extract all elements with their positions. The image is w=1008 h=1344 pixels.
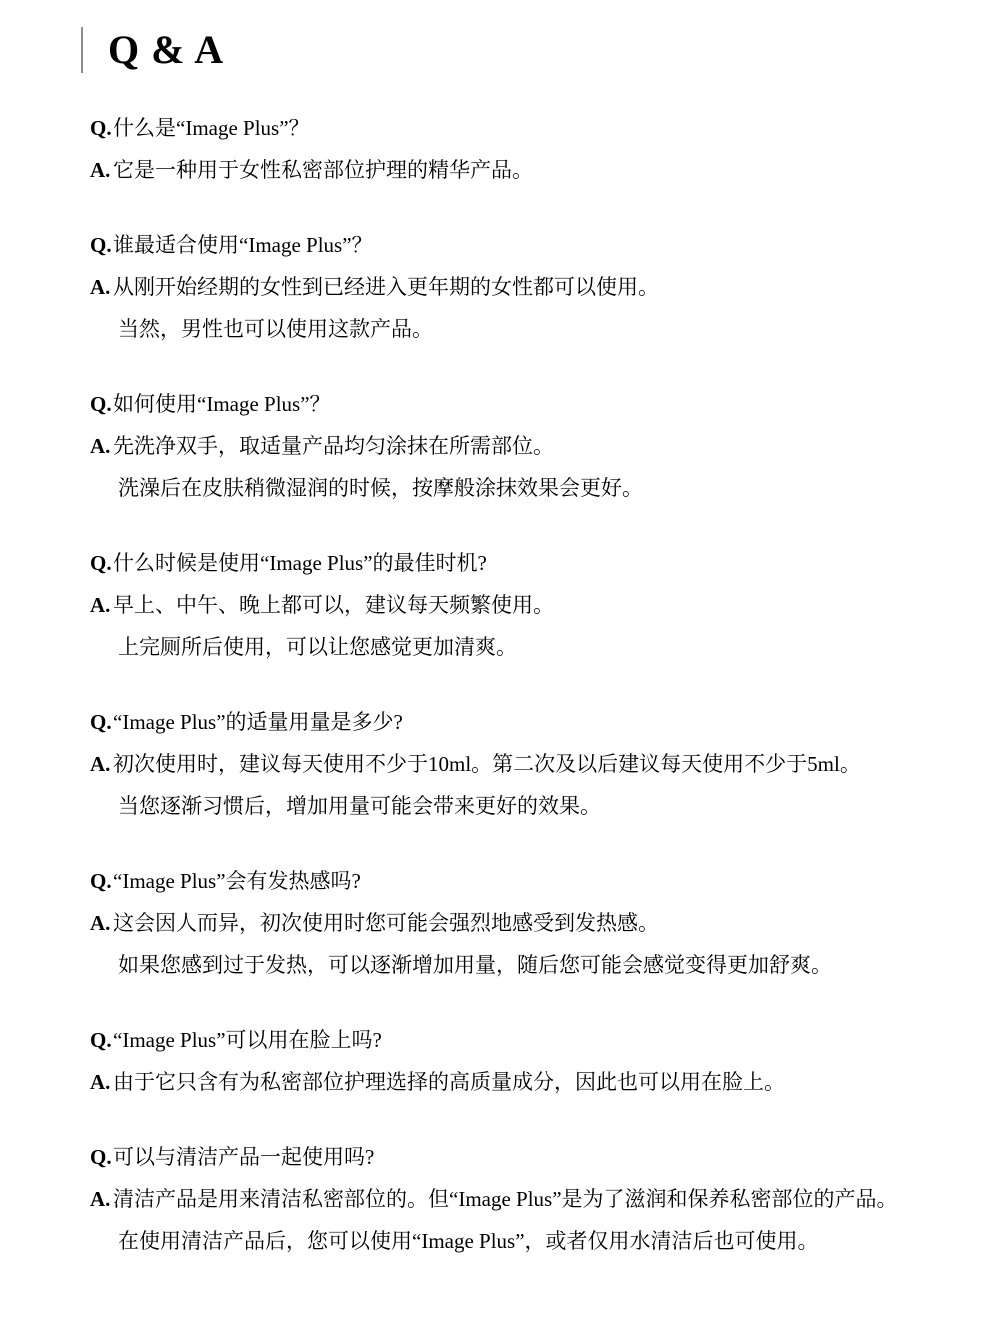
answer-line: A.清洁产品是用来清洁私密部位的。但“Image Plus”是为了滋润和保养私密… xyxy=(90,1178,1000,1220)
answer-text: 它是一种用于女性私密部位护理的精华产品。 xyxy=(113,158,533,182)
qa-item-5: Q.“Image Plus”的适量用量是多少? A.初次使用时，建议每天使用不少… xyxy=(90,701,1000,827)
qa-item-2: Q.谁最适合使用“Image Plus”？ A.从刚开始经期的女性到已经进入更年… xyxy=(90,224,1000,350)
question-line: Q.“Image Plus”会有发热感吗? xyxy=(90,860,1000,902)
question-text: “Image Plus”会有发热感吗? xyxy=(113,869,361,893)
answer-line: A.早上、中午、晚上都可以，建议每天频繁使用。 xyxy=(90,584,1000,626)
qa-item-6: Q.“Image Plus”会有发热感吗? A.这会因人而异，初次使用时您可能会… xyxy=(90,860,1000,986)
question-line: Q.什么时候是使用“Image Plus”的最佳时机? xyxy=(90,542,1000,584)
answer-text: 从刚开始经期的女性到已经进入更年期的女性都可以使用。 xyxy=(113,275,659,299)
answer-prefix: A. xyxy=(90,1061,113,1103)
question-line: Q.“Image Plus”的适量用量是多少? xyxy=(90,701,1000,743)
question-line: Q.可以与清洁产品一起使用吗? xyxy=(90,1136,1000,1178)
qa-item-8: Q.可以与清洁产品一起使用吗? A.清洁产品是用来清洁私密部位的。但“Image… xyxy=(90,1136,1000,1262)
page-title: Q & A xyxy=(108,27,224,73)
answer-line: A.初次使用时，建议每天使用不少于10ml。第二次及以后建议每天使用不少于5ml… xyxy=(90,743,1000,785)
answer-text: 上完厕所后使用，可以让您感觉更加清爽。 xyxy=(118,635,517,659)
question-prefix: Q. xyxy=(90,701,113,743)
question-line: Q.什么是“Image Plus”？ xyxy=(90,107,1000,149)
qa-page: Q & A Q.什么是“Image Plus”？ A.它是一种用于女性私密部位护… xyxy=(0,0,1008,1344)
qa-list: Q.什么是“Image Plus”？ A.它是一种用于女性私密部位护理的精华产品… xyxy=(90,107,1000,1295)
answer-text: 由于它只含有为私密部位护理选择的高质量成分，因此也可以用在脸上。 xyxy=(113,1070,785,1094)
answer-prefix: A. xyxy=(90,584,113,626)
answer-text: 当您逐渐习惯后，增加用量可能会带来更好的效果。 xyxy=(118,794,601,818)
question-prefix: Q. xyxy=(90,107,113,149)
question-prefix: Q. xyxy=(90,860,113,902)
answer-text: 先洗净双手，取适量产品均匀涂抹在所需部位。 xyxy=(113,434,554,458)
question-text: “Image Plus”可以用在脸上吗? xyxy=(113,1028,382,1052)
answer-line: A.从刚开始经期的女性到已经进入更年期的女性都可以使用。 xyxy=(90,266,1000,308)
answer-text: 洗澡后在皮肤稍微湿润的时候，按摩般涂抹效果会更好。 xyxy=(118,476,643,500)
page-header: Q & A xyxy=(81,27,224,73)
answer-text: 初次使用时，建议每天使用不少于10ml。第二次及以后建议每天使用不少于5ml。 xyxy=(113,752,861,776)
answer-line-continued: 当然，男性也可以使用这款产品。 xyxy=(90,308,1000,350)
question-prefix: Q. xyxy=(90,224,113,266)
qa-item-1: Q.什么是“Image Plus”？ A.它是一种用于女性私密部位护理的精华产品… xyxy=(90,107,1000,191)
question-prefix: Q. xyxy=(90,542,113,584)
answer-prefix: A. xyxy=(90,743,113,785)
answer-prefix: A. xyxy=(90,902,113,944)
question-prefix: Q. xyxy=(90,1019,113,1061)
question-text: 什么是“Image Plus”？ xyxy=(113,116,310,140)
answer-line: A.这会因人而异，初次使用时您可能会强烈地感受到发热感。 xyxy=(90,902,1000,944)
answer-prefix: A. xyxy=(90,266,113,308)
question-text: 谁最适合使用“Image Plus”？ xyxy=(113,233,373,257)
question-line: Q.“Image Plus”可以用在脸上吗? xyxy=(90,1019,1000,1061)
answer-line-continued: 如果您感到过于发热，可以逐渐增加用量，随后您可能会感觉变得更加舒爽。 xyxy=(90,944,1000,986)
answer-line: A.先洗净双手，取适量产品均匀涂抹在所需部位。 xyxy=(90,425,1000,467)
question-prefix: Q. xyxy=(90,1136,113,1178)
answer-text: 在使用清洁产品后，您可以使用“Image Plus”，或者仅用水清洁后也可使用。 xyxy=(118,1229,819,1253)
question-line: Q.谁最适合使用“Image Plus”？ xyxy=(90,224,1000,266)
answer-prefix: A. xyxy=(90,149,113,191)
answer-line-continued: 在使用清洁产品后，您可以使用“Image Plus”，或者仅用水清洁后也可使用。 xyxy=(90,1220,1000,1262)
answer-line-continued: 当您逐渐习惯后，增加用量可能会带来更好的效果。 xyxy=(90,785,1000,827)
question-text: 如何使用“Image Plus”？ xyxy=(113,392,331,416)
answer-line: A.由于它只含有为私密部位护理选择的高质量成分，因此也可以用在脸上。 xyxy=(90,1061,1000,1103)
answer-prefix: A. xyxy=(90,425,113,467)
qa-item-3: Q.如何使用“Image Plus”？ A.先洗净双手，取适量产品均匀涂抹在所需… xyxy=(90,383,1000,509)
answer-text: 早上、中午、晚上都可以，建议每天频繁使用。 xyxy=(113,593,554,617)
qa-item-7: Q.“Image Plus”可以用在脸上吗? A.由于它只含有为私密部位护理选择… xyxy=(90,1019,1000,1103)
answer-line: A.它是一种用于女性私密部位护理的精华产品。 xyxy=(90,149,1000,191)
answer-prefix: A. xyxy=(90,1178,113,1220)
question-line: Q.如何使用“Image Plus”？ xyxy=(90,383,1000,425)
question-prefix: Q. xyxy=(90,383,113,425)
question-text: “Image Plus”的适量用量是多少? xyxy=(113,710,403,734)
answer-line-continued: 洗澡后在皮肤稍微湿润的时候，按摩般涂抹效果会更好。 xyxy=(90,467,1000,509)
qa-item-4: Q.什么时候是使用“Image Plus”的最佳时机? A.早上、中午、晚上都可… xyxy=(90,542,1000,668)
answer-text: 如果您感到过于发热，可以逐渐增加用量，随后您可能会感觉变得更加舒爽。 xyxy=(118,953,832,977)
answer-text: 当然，男性也可以使用这款产品。 xyxy=(118,317,433,341)
title-accent-bar xyxy=(81,27,83,73)
question-text: 什么时候是使用“Image Plus”的最佳时机? xyxy=(113,551,487,575)
answer-text: 这会因人而异，初次使用时您可能会强烈地感受到发热感。 xyxy=(113,911,659,935)
answer-line-continued: 上完厕所后使用，可以让您感觉更加清爽。 xyxy=(90,626,1000,668)
question-text: 可以与清洁产品一起使用吗? xyxy=(113,1145,374,1169)
answer-text: 清洁产品是用来清洁私密部位的。但“Image Plus”是为了滋润和保养私密部位… xyxy=(113,1187,898,1211)
